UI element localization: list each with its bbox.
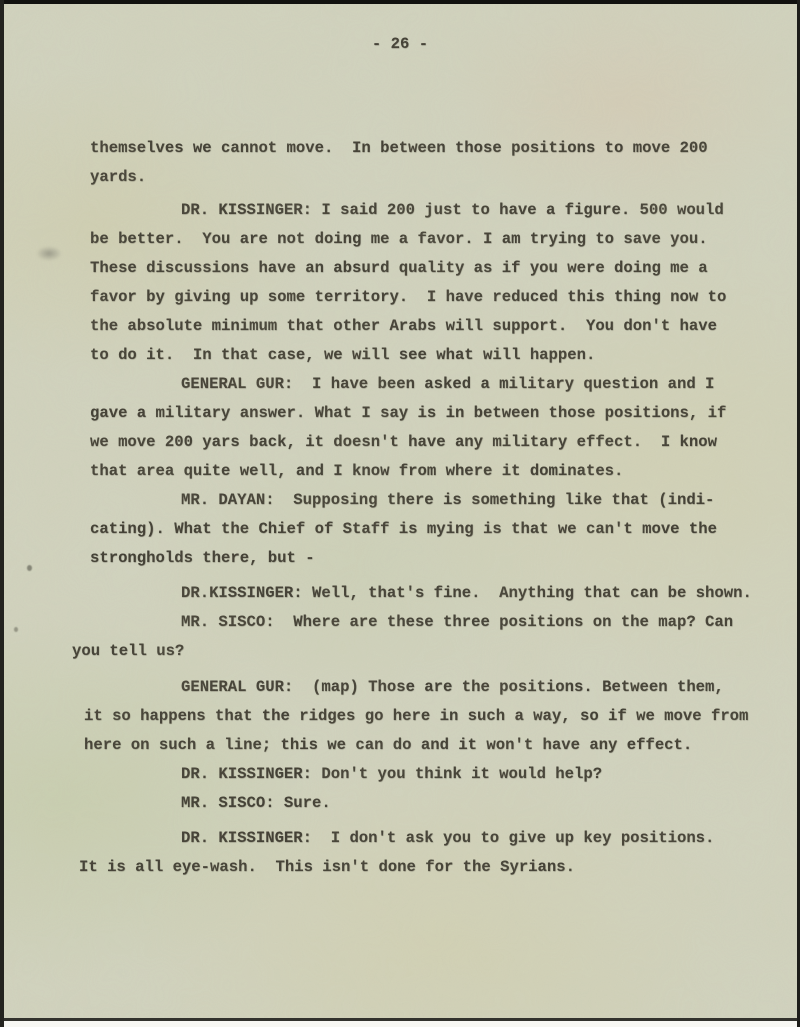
document-line: we move 200 yars back, it doesn't have a… xyxy=(0,428,800,457)
scanned-page: - 26 - themselves we cannot move. In bet… xyxy=(0,0,800,1027)
document-line: DR. KISSINGER: I said 200 just to have a… xyxy=(0,196,800,225)
document-line: favor by giving up some territory. I hav… xyxy=(0,283,800,312)
document-line: to do it. In that case, we will see what… xyxy=(0,341,800,370)
document-line: it so happens that the ridges go here in… xyxy=(0,702,800,731)
document-line: MR. SISCO: Where are these three positio… xyxy=(0,608,800,637)
document-line: yards. xyxy=(0,163,800,192)
scan-edge-left xyxy=(0,0,4,1027)
document-line: gave a military answer. What I say is in… xyxy=(0,399,800,428)
document-line: MR. SISCO: Sure. xyxy=(0,789,800,818)
document-line: themselves we cannot move. In between th… xyxy=(0,134,800,163)
document-line: you tell us? xyxy=(0,637,800,666)
scan-edge-top xyxy=(0,0,800,4)
document-line: cating). What the Chief of Staff is myin… xyxy=(0,515,800,544)
document-line: the absolute minimum that other Arabs wi… xyxy=(0,312,800,341)
document-line: here on such a line; this we can do and … xyxy=(0,731,800,760)
transcript-body: themselves we cannot move. In between th… xyxy=(0,134,800,882)
document-line: DR. KISSINGER: I don't ask you to give u… xyxy=(0,824,800,853)
document-line: These discussions have an absurd quality… xyxy=(0,254,800,283)
document-line: be better. You are not doing me a favor.… xyxy=(0,225,800,254)
document-line: GENERAL GUR: (map) Those are the positio… xyxy=(0,673,800,702)
document-line: It is all eye-wash. This isn't done for … xyxy=(0,853,800,882)
document-line: DR.KISSINGER: Well, that's fine. Anythin… xyxy=(0,579,800,608)
document-line: strongholds there, but - xyxy=(0,544,800,573)
document-line: that area quite well, and I know from wh… xyxy=(0,457,800,486)
page-number: - 26 - xyxy=(0,30,800,59)
document-line: DR. KISSINGER: Don't you think it would … xyxy=(0,760,800,789)
document-line: GENERAL GUR: I have been asked a militar… xyxy=(0,370,800,399)
document-line: MR. DAYAN: Supposing there is something … xyxy=(0,486,800,515)
scan-edge-bottom-margin xyxy=(0,1021,800,1027)
